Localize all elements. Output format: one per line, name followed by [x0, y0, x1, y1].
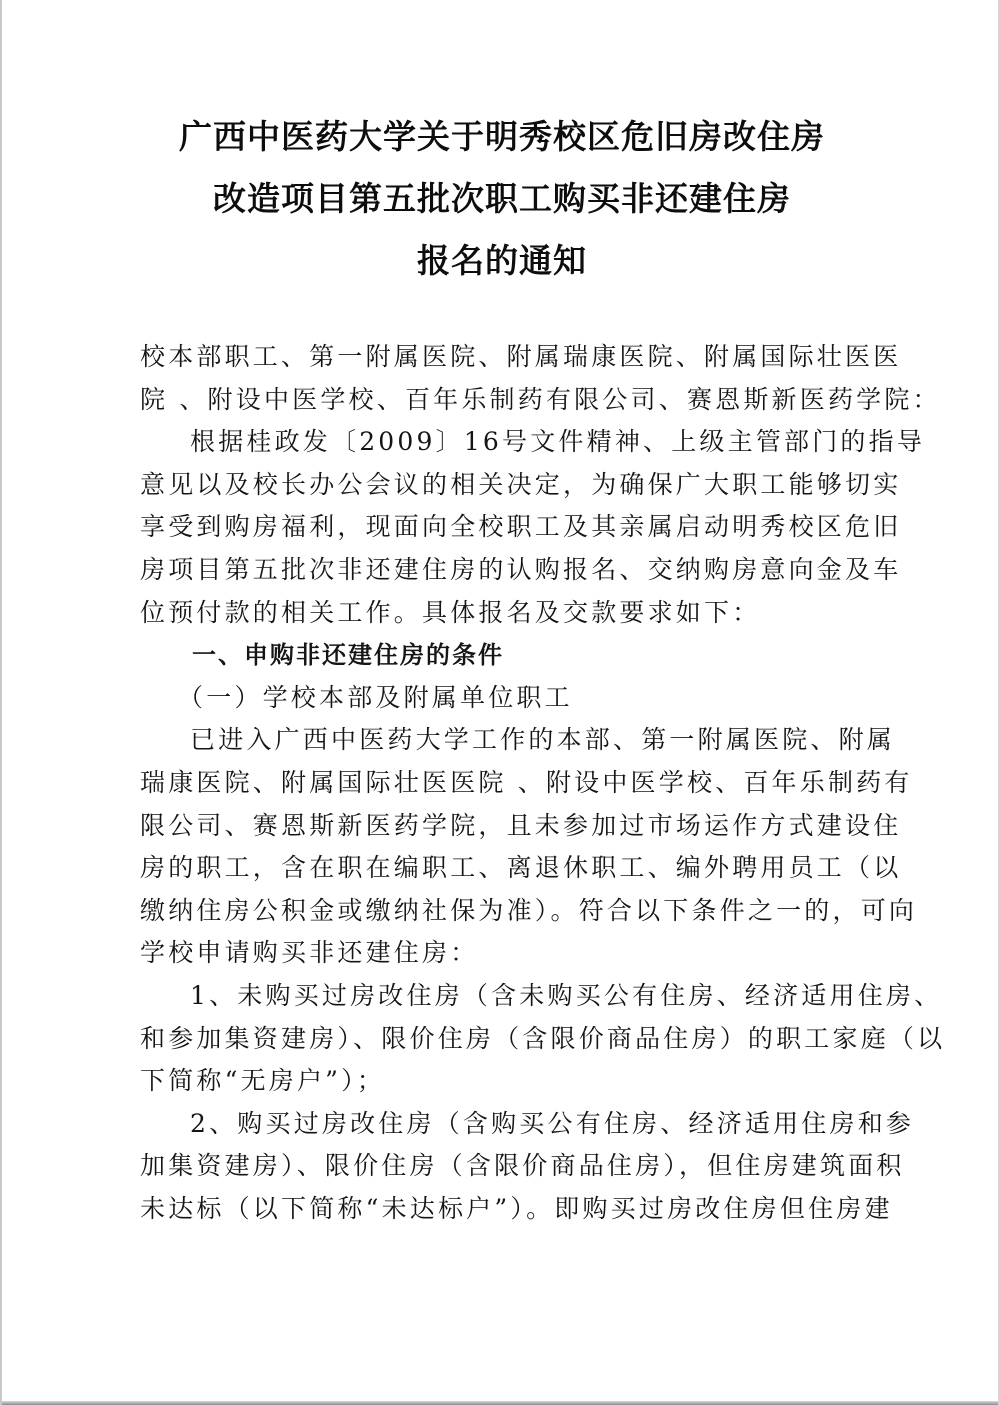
condition-1: 1、未购买过房改住房（含未购买公有住房、经济适用住房、 和参加集资建房）、限价住… — [140, 975, 864, 1103]
section-heading: 一、申购非还建住房的条件 — [140, 634, 864, 677]
paragraph-line: 已进入广西中医药大学工作的本部、第一附属医院、附属 — [140, 719, 864, 762]
paragraph-line: 意见以及校长办公会议的相关决定，为确保广大职工能够切实 — [140, 464, 864, 507]
title-line-3: 报名的通知 — [2, 230, 1000, 292]
addressee: 校本部职工、第一附属医院、附属瑞康医院、附属国际壮医医 院 、附设中医学校、百年… — [140, 336, 864, 421]
document-page: 广西中医药大学关于明秀校区危旧房改住房 改造项目第五批次职工购买非还建住房 报名… — [0, 0, 1000, 1405]
paragraph-line: 限公司、赛恩斯新医药学院，且未参加过市场运作方式建设住 — [140, 805, 864, 848]
scan-edge — [2, 1401, 998, 1405]
paragraph-line: 1、未购买过房改住房（含未购买公有住房、经济适用住房、 — [140, 975, 864, 1018]
paragraph-line: 和参加集资建房）、限价住房（含限价商品住房）的职工家庭（以 — [140, 1018, 864, 1061]
paragraph-line: 学校申请购买非还建住房： — [140, 932, 864, 975]
addressee-line: 院 、附设中医学校、百年乐制药有限公司、赛恩斯新医药学院： — [140, 379, 864, 422]
paragraph-line: 位预付款的相关工作。具体报名及交款要求如下： — [140, 592, 864, 635]
paragraph-line: 缴纳住房公积金或缴纳社保为准）。符合以下条件之一的，可向 — [140, 890, 864, 933]
subsection-heading: （一）学校本部及附属单位职工 — [140, 677, 864, 720]
paragraph-line: 根据桂政发〔2009〕16号文件精神、上级主管部门的指导 — [140, 421, 864, 464]
title-line-1: 广西中医药大学关于明秀校区危旧房改住房 — [2, 106, 1000, 168]
document-title: 广西中医药大学关于明秀校区危旧房改住房 改造项目第五批次职工购买非还建住房 报名… — [2, 106, 1000, 292]
condition-2: 2、购买过房改住房（含购买公有住房、经济适用住房和参 加集资建房）、限价住房（含… — [140, 1103, 864, 1231]
paragraph-line: 加集资建房）、限价住房（含限价商品住房），但住房建筑面积 — [140, 1145, 864, 1188]
paragraph-line: 享受到购房福利，现面向全校职工及其亲属启动明秀校区危旧 — [140, 506, 864, 549]
paragraph-line: 下简称“无房户”）； — [140, 1060, 864, 1103]
addressee-line: 校本部职工、第一附属医院、附属瑞康医院、附属国际壮医医 — [140, 336, 864, 379]
paragraph-line: 2、购买过房改住房（含购买公有住房、经济适用住房和参 — [140, 1103, 864, 1146]
paragraph-line: 房的职工，含在职在编职工、离退休职工、编外聘用员工（以 — [140, 847, 864, 890]
title-line-2: 改造项目第五批次职工购买非还建住房 — [2, 168, 1000, 230]
subsection-paragraph: 已进入广西中医药大学工作的本部、第一附属医院、附属 瑞康医院、附属国际壮医医院 … — [140, 719, 864, 975]
paragraph-line: 房项目第五批次非还建住房的认购报名、交纳购房意向金及车 — [140, 549, 864, 592]
intro-paragraph: 根据桂政发〔2009〕16号文件精神、上级主管部门的指导 意见以及校长办公会议的… — [140, 421, 864, 634]
document-body: 校本部职工、第一附属医院、附属瑞康医院、附属国际壮医医 院 、附设中医学校、百年… — [140, 336, 864, 1230]
paragraph-line: 未达标（以下简称“未达标户”）。即购买过房改住房但住房建 — [140, 1188, 864, 1231]
paragraph-line: 瑞康医院、附属国际壮医医院 、附设中医学校、百年乐制药有 — [140, 762, 864, 805]
